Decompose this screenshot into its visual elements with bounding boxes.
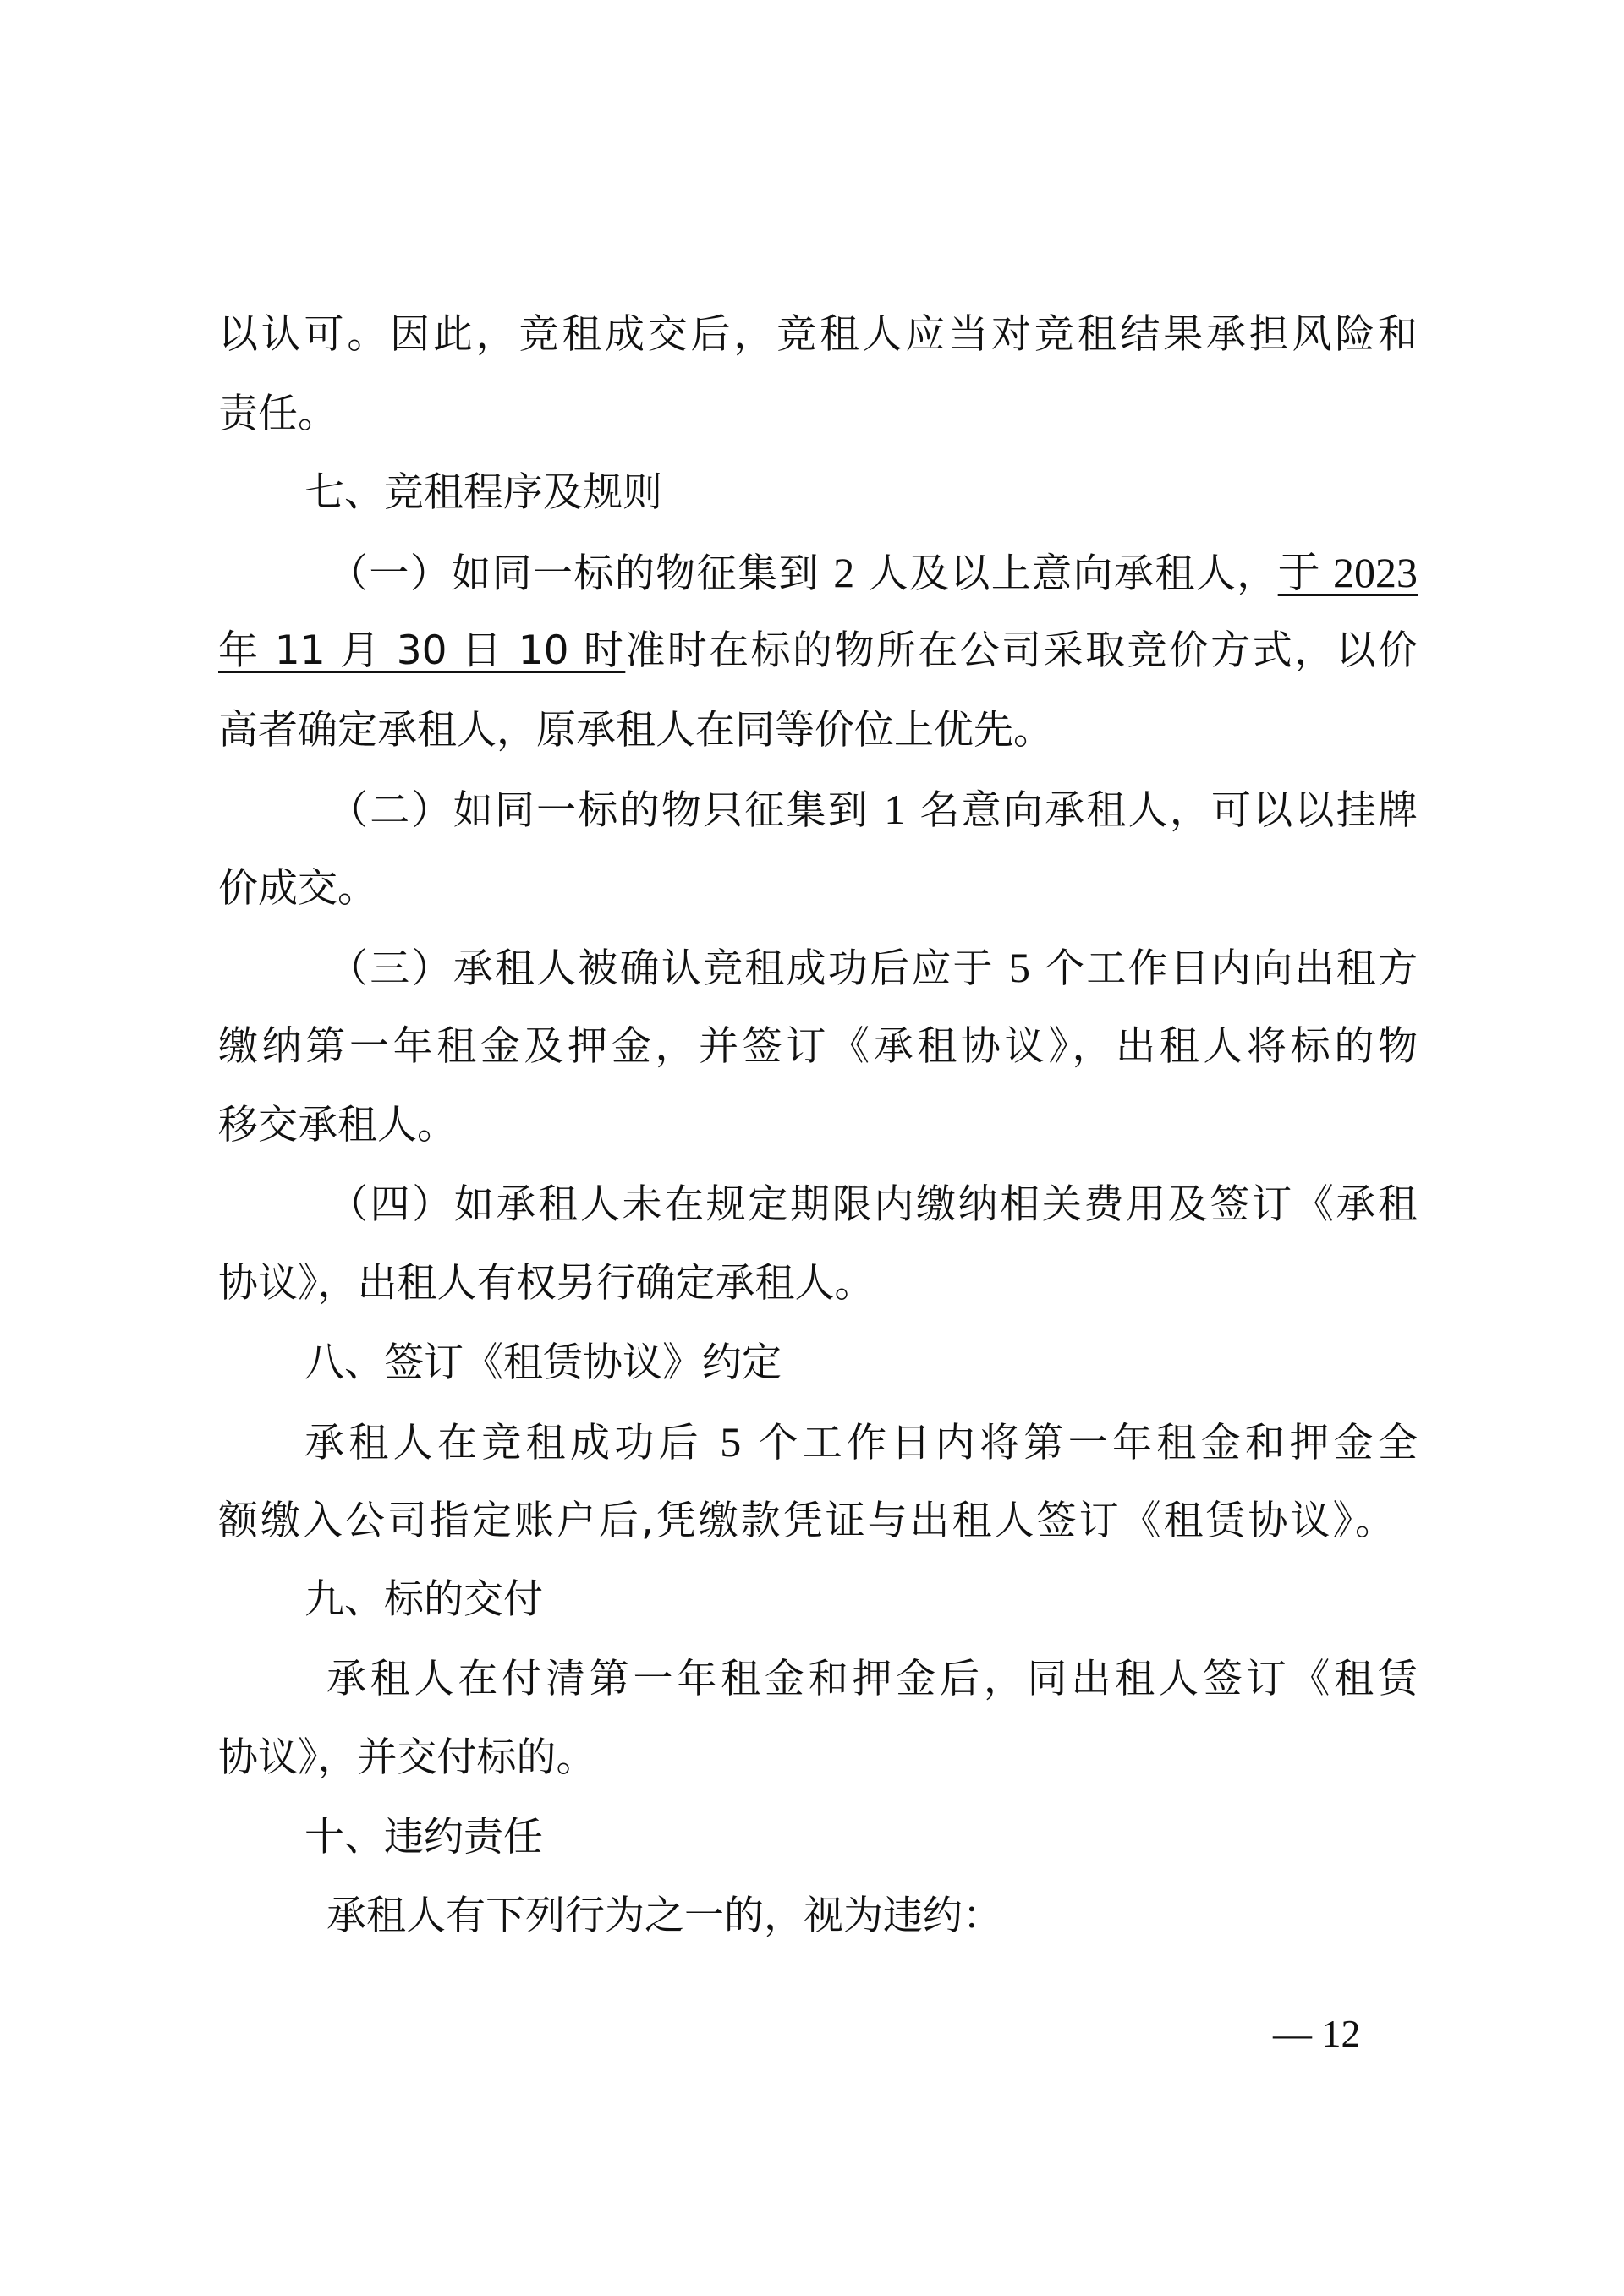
page-number: — 12 xyxy=(1273,2011,1361,2056)
section-heading-7: 七、竞租程序及规则 xyxy=(304,468,662,518)
days-value: 5 xyxy=(1009,944,1030,991)
auction-date-underlined: 于 2023 xyxy=(1278,549,1418,596)
clause-text: （二）如同一标的物只征集到 xyxy=(328,787,884,834)
body-line: 协议》，出租人有权另行确定承租人。 xyxy=(218,1258,875,1309)
section-heading-8: 八、签订《租赁协议》约定 xyxy=(304,1338,782,1389)
days-value: 5 xyxy=(720,1418,741,1466)
body-line: 缴纳第一年租金及押金，并签订《承租协议》，出租人将标的物 xyxy=(218,1022,1418,1072)
section-heading-10: 十、违约责任 xyxy=(304,1812,543,1863)
clause-3-line: （三）承租人被确认竞租成功后应于 5 个工作日内向出租方 xyxy=(328,942,1418,993)
body-line: 额缴入公司指定账户后,凭缴款凭证与出租人签订《租赁协议》。 xyxy=(218,1496,1394,1547)
body-line: 移交承租人。 xyxy=(218,1100,457,1151)
clause-4-line: （四）如承租人未在规定期限内缴纳相关费用及签订《承租 xyxy=(328,1180,1418,1230)
clause-1-line: 年 11 月 30 日 10 时准时在标的物所在公司采取竞价方式，以价 xyxy=(218,626,1418,677)
body-line: 责任。 xyxy=(218,389,337,440)
clause-text: 个工作日内向出租方 xyxy=(1030,945,1418,992)
clause-2-line: （二）如同一标的物只征集到 1 名意向承租人，可以以挂牌 xyxy=(328,784,1418,835)
clause-text: 承租人在竞租成功后 xyxy=(304,1420,720,1466)
count-value: 1 xyxy=(884,786,905,833)
body-line: 承租人在竞租成功后 5 个工作日内将第一年租金和押金全 xyxy=(304,1417,1418,1467)
clause-text: 个工作日内将第一年租金和押金全 xyxy=(741,1420,1418,1466)
clause-1-line: （一）如同一标的物征集到 2 人及以上意向承租人，于 2023 xyxy=(328,547,1418,598)
auction-date-underlined: 年 11 月 30 日 10 时 xyxy=(218,627,625,674)
clause-text: （三）承租人被确认竞租成功后应于 xyxy=(328,945,1009,992)
body-line: 协议》，并交付标的。 xyxy=(218,1733,596,1784)
section-heading-9: 九、标的交付 xyxy=(304,1575,543,1625)
clause-text: 人及以上意向承租人， xyxy=(854,551,1277,597)
body-line: 承租人有下列行为之一的，视为违约： xyxy=(326,1891,1002,1942)
clause-text: 名意向承租人，可以以挂牌 xyxy=(905,787,1418,834)
body-line: 价成交。 xyxy=(218,863,377,914)
document-page: 以认可。因此，竞租成交后，竞租人应当对竞租结果承担风险和 责任。 七、竞租程序及… xyxy=(0,0,1624,2296)
body-line: 以认可。因此，竞租成交后，竞租人应当对竞租结果承担风险和 xyxy=(218,310,1418,360)
body-line: 承租人在付清第一年租金和押金后，同出租人签订《租赁 xyxy=(326,1654,1418,1705)
body-line: 高者确定承租人，原承租人在同等价位上优先。 xyxy=(218,705,1053,756)
count-value: 2 xyxy=(833,549,854,596)
clause-text: （一）如同一标的物征集到 xyxy=(328,551,833,597)
clause-text: 准时在标的物所在公司采取竞价方式，以价 xyxy=(625,627,1418,674)
